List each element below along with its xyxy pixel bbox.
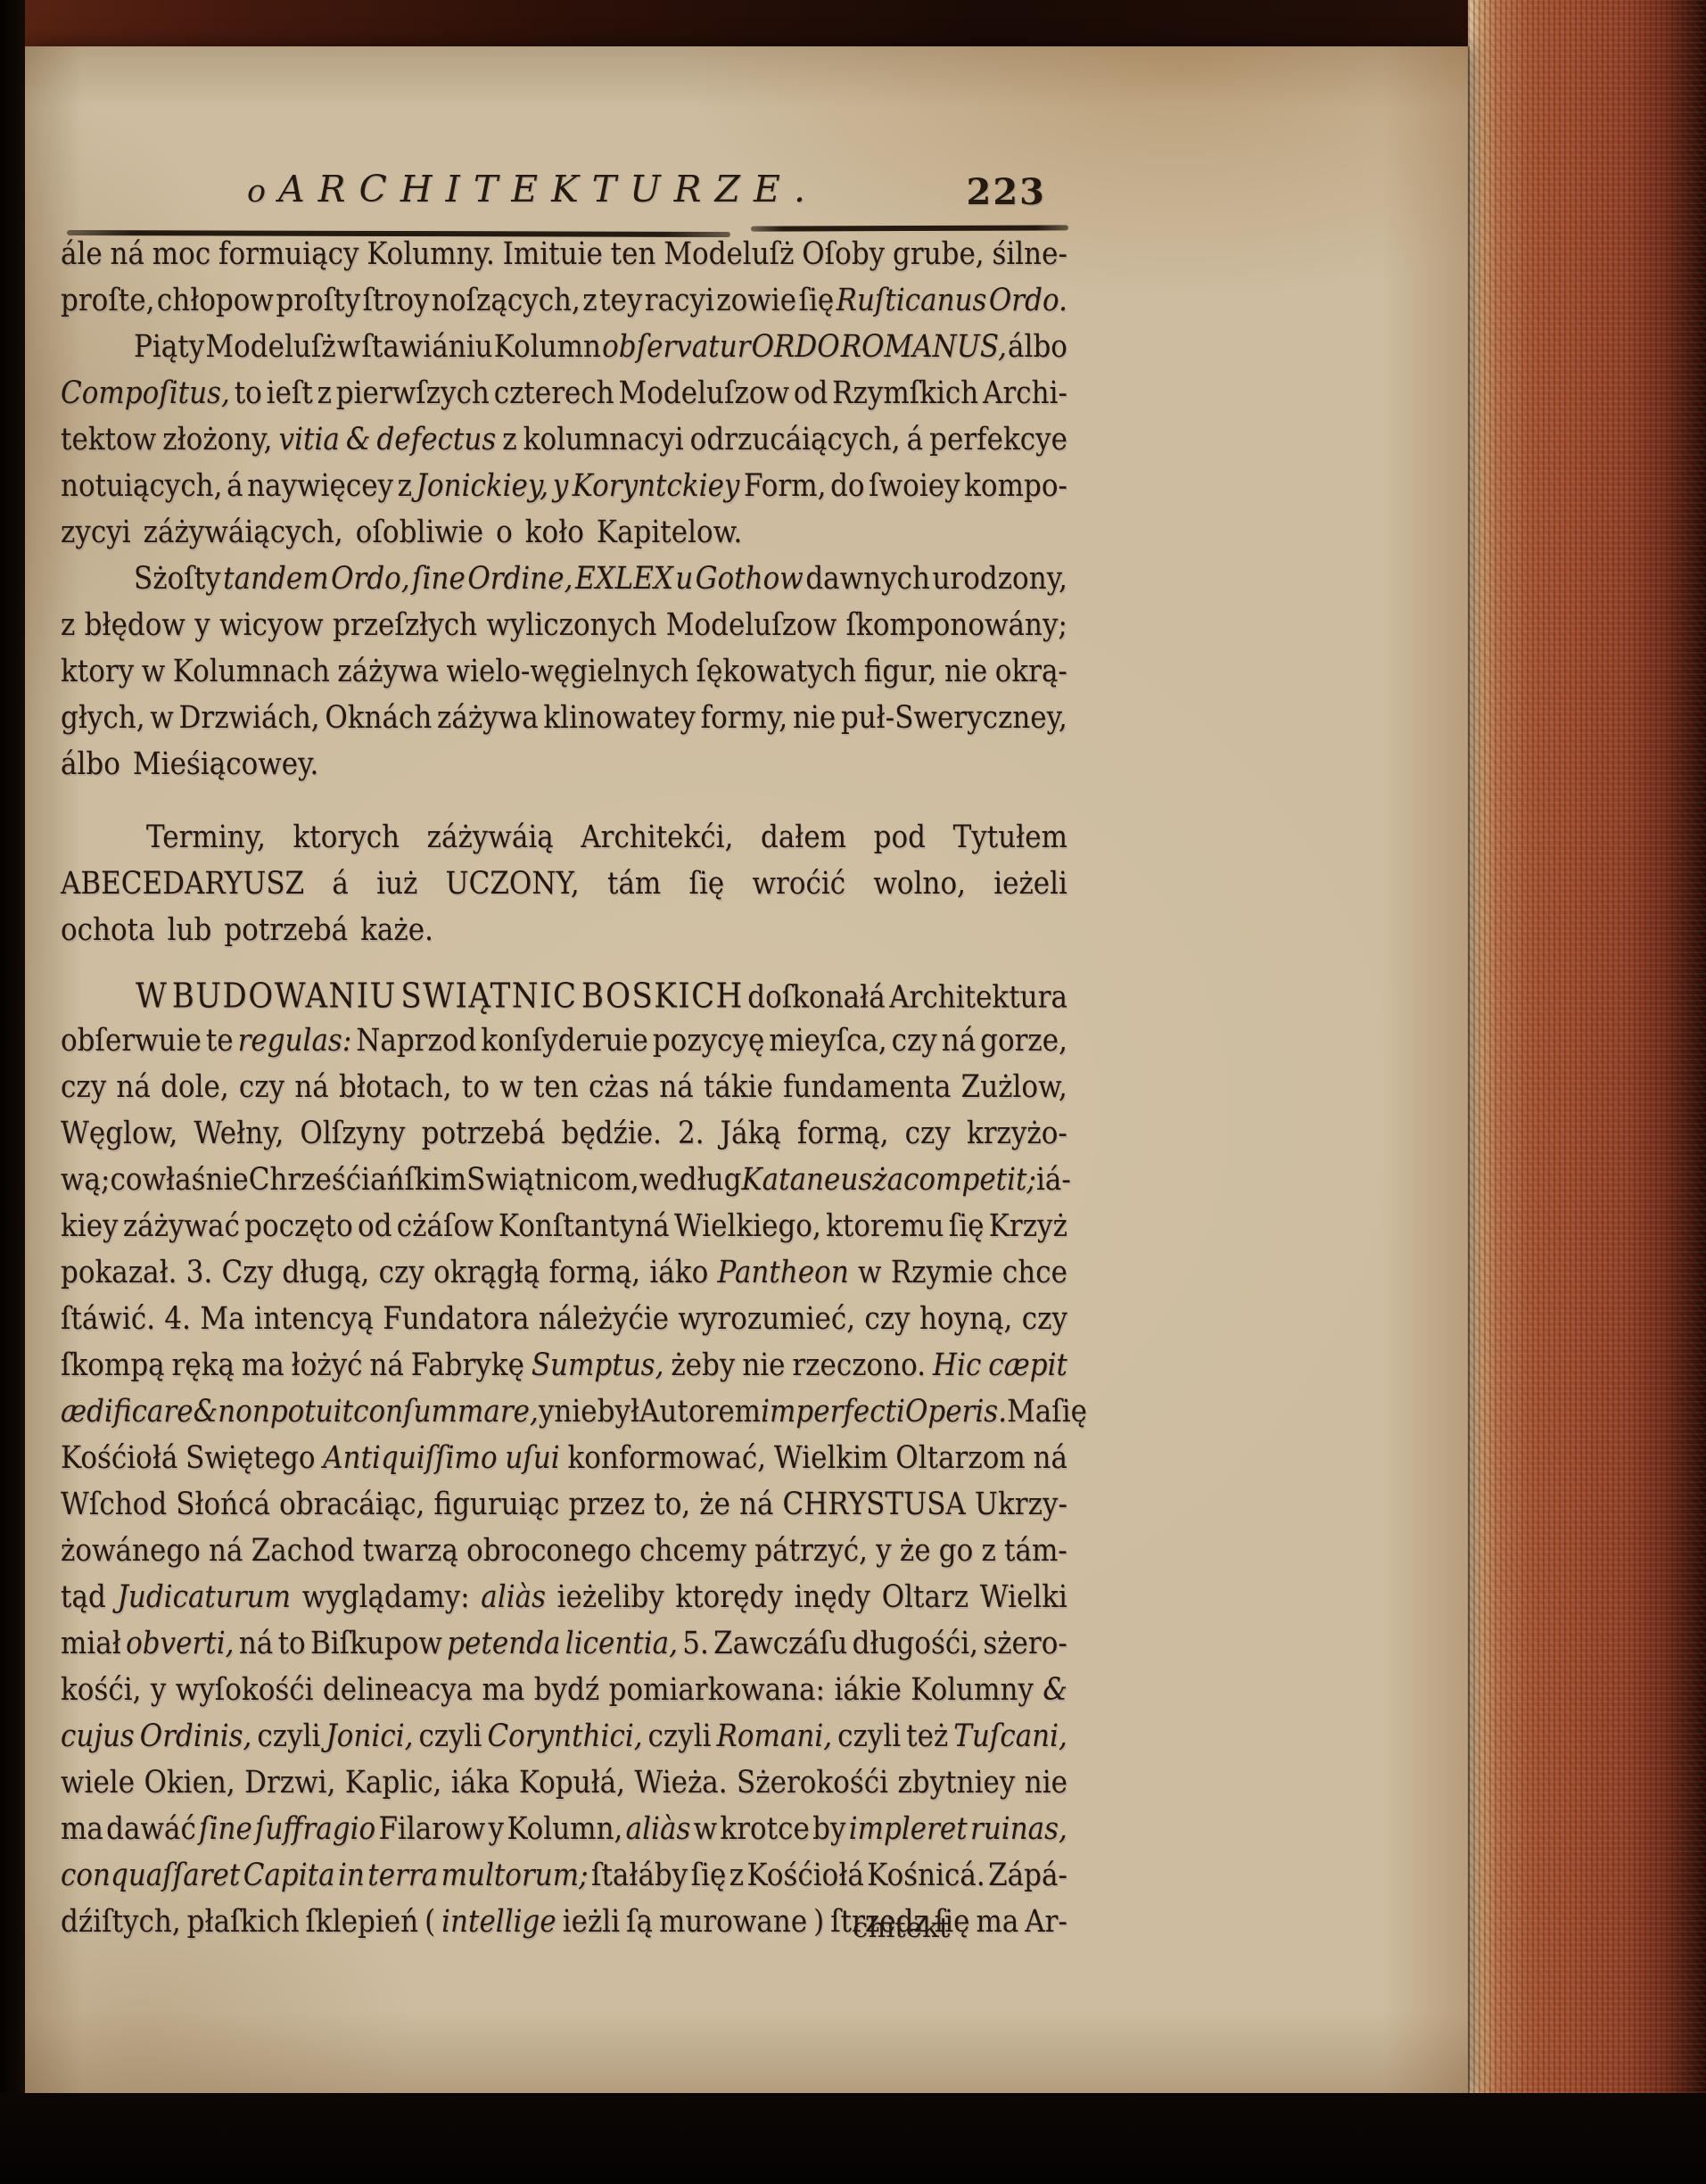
word: ſklepień — [306, 1903, 419, 1940]
word: conquaſſaret — [61, 1857, 240, 1893]
word: długą, — [282, 1254, 369, 1290]
word: kiey — [61, 1207, 119, 1244]
word: rzeczono. — [792, 1347, 926, 1383]
word: nie — [793, 699, 836, 736]
word: to — [462, 1068, 490, 1105]
word: wiele — [61, 1764, 135, 1801]
word: Drzwi, — [244, 1764, 335, 1801]
paragraph: WBUDOWANIUSWIĄTNICBOSKICHdoſkonałáArchit… — [61, 981, 1067, 1955]
word: mieyſca, — [769, 1022, 886, 1059]
text-line: WBUDOWANIUSWIĄTNICBOSKICHdoſkonałáArchit… — [61, 976, 1067, 1028]
word: Piąty — [134, 328, 204, 365]
word: ma — [482, 1671, 524, 1708]
word: wyrozumieć, — [678, 1300, 855, 1337]
word: tám — [607, 865, 661, 902]
word: poczęto — [244, 1207, 353, 1244]
word: do — [830, 467, 865, 504]
word: przeſzłych — [333, 606, 477, 643]
word: wą; — [61, 1161, 110, 1198]
text-line: KośćiołáSwiętegoAntiquiſſimouſuikonformo… — [61, 1439, 1067, 1492]
word: od — [794, 375, 828, 411]
word: te — [206, 1022, 234, 1059]
word: potuit — [270, 1393, 353, 1430]
word: żowánego — [61, 1532, 201, 1569]
word: o — [496, 514, 513, 550]
word: ſwoiey — [869, 467, 960, 504]
word: Kapitelow. — [597, 514, 743, 550]
paragraph: Terminy,ktorychzáżywáiąArchitekći,dałemp… — [61, 824, 1067, 963]
word: Imituie — [503, 235, 603, 272]
word: Wielkim — [774, 1439, 888, 1476]
word: Zápá- — [988, 1857, 1067, 1893]
word: z — [981, 1532, 995, 1569]
word: wicyow — [219, 606, 324, 643]
word: Judicaturum — [117, 1578, 291, 1615]
word: záżywa — [437, 699, 539, 736]
word: tám- — [1004, 1532, 1067, 1569]
word: tákie — [704, 1068, 773, 1105]
word: pod — [874, 819, 926, 855]
word: Wielkiego, — [674, 1207, 821, 1244]
word: ſię — [691, 1857, 727, 1893]
word: & — [194, 1393, 218, 1430]
word: dawnych — [805, 560, 930, 597]
word: Gothow — [696, 560, 804, 597]
word: záżywáiących, — [144, 514, 343, 550]
word: Wſchod — [61, 1486, 167, 1522]
word: czyli — [418, 1718, 482, 1754]
word: 3. — [186, 1254, 213, 1290]
word: w — [499, 1068, 523, 1105]
word: BUDOWANIU — [172, 976, 397, 1016]
word: wyliczonych — [486, 606, 656, 643]
word: Zawczáſu — [713, 1625, 847, 1661]
word: czy — [905, 1115, 951, 1151]
word: z — [582, 282, 597, 318]
word: płaſkich — [187, 1903, 300, 1940]
word: twarzą — [363, 1532, 458, 1569]
word: żeby — [671, 1347, 735, 1383]
word: iáko — [649, 1254, 708, 1290]
word: Sumptus, — [532, 1347, 664, 1383]
word: vitia — [279, 421, 340, 457]
word: uſui — [505, 1439, 559, 1476]
word: Architektura — [889, 979, 1067, 1016]
word: ochota — [61, 911, 155, 948]
word: że — [900, 1532, 931, 1569]
word: Oſoby — [802, 235, 885, 272]
word: krzyżo- — [967, 1115, 1067, 1151]
word: Autorem — [639, 1393, 761, 1430]
top-binding-shadow — [0, 0, 1706, 48]
word: nie — [554, 1393, 597, 1430]
page-number: 223 — [967, 171, 1047, 213]
text-line: proſte,chłopowproſtyſtroynoſzących,zteyr… — [61, 282, 1067, 334]
word: Tytułem — [953, 819, 1067, 855]
word: czyli — [837, 1718, 901, 1754]
word: formą, — [797, 1115, 889, 1151]
word: Wieża. — [634, 1764, 727, 1801]
text-line: żowánegonáZachodtwarząobroconegochcemypá… — [61, 1532, 1067, 1585]
word: czterech — [494, 375, 614, 411]
word: pierwſzych — [336, 375, 490, 411]
word: iákie — [834, 1671, 901, 1708]
word: czyli — [648, 1718, 712, 1754]
text-line: ochotalubpotrzebákaże. — [61, 911, 1067, 964]
word: tektow — [61, 421, 156, 457]
word: obroconego — [466, 1532, 631, 1569]
word: Ma — [200, 1300, 244, 1337]
text-line: ABECEDARYUSZáiużUCZONY,támſięwroćićwolno… — [61, 865, 1067, 918]
word: czy — [239, 1068, 284, 1105]
header-rule-right — [751, 225, 1068, 231]
word: ruinas, — [970, 1810, 1067, 1847]
word: Biſkupow — [310, 1625, 442, 1661]
word: Kopułá, — [519, 1764, 625, 1801]
word: conſummare, — [353, 1393, 539, 1430]
word: czyli — [257, 1718, 320, 1754]
word: Olſzyny — [300, 1115, 405, 1151]
text-line: conquaſſaretCapitainterramultorum;ſtałáb… — [61, 1857, 1067, 1909]
word: nie — [1025, 1764, 1067, 1801]
word: potrzebá — [422, 1115, 546, 1151]
word: W — [136, 976, 168, 1016]
word: inędy — [794, 1578, 870, 1615]
word: błotach, — [339, 1068, 452, 1105]
word: w — [142, 653, 166, 689]
text-line: ſkompąrękąmałożyćnáFabrykęSumptus,żebyni… — [61, 1347, 1067, 1399]
word: Wielki — [980, 1578, 1067, 1615]
word: ſękowatych — [696, 653, 857, 689]
word: ) — [813, 1903, 824, 1940]
word: & — [346, 421, 371, 457]
word: bydź — [534, 1671, 600, 1708]
word: gorze, — [980, 1022, 1067, 1059]
word: Ordo, — [331, 560, 410, 597]
word: klinowatey — [543, 699, 696, 736]
word: pátrzyć, — [754, 1532, 868, 1569]
word: Antiquiſſimo — [323, 1439, 497, 1476]
word: formuiący — [218, 235, 359, 272]
word: Capita — [243, 1857, 335, 1893]
word: zowie — [716, 282, 796, 318]
word: w — [337, 328, 361, 365]
word: Okien, — [144, 1764, 235, 1801]
word: czy — [864, 1300, 910, 1337]
word: ná — [116, 1068, 150, 1105]
word: Swiątnicom, — [466, 1161, 639, 1198]
word: y — [539, 1393, 555, 1430]
word: wielo-węgielnych — [447, 653, 689, 689]
text-line: PiątyModeluſżwſtawiániuKolumnobſervaturO… — [61, 328, 1067, 381]
word: pomiarkowana: — [609, 1671, 825, 1708]
word: długośći, — [853, 1625, 978, 1661]
word: sżero- — [983, 1625, 1067, 1661]
word: Czy — [222, 1254, 274, 1290]
word: krotce — [720, 1810, 809, 1847]
word: á — [332, 865, 348, 902]
word: tey — [599, 282, 642, 318]
word: Koryntckiey — [573, 467, 740, 504]
word: obverti, — [126, 1625, 234, 1661]
word: czy — [379, 1254, 424, 1290]
word: doſkonałá — [747, 979, 885, 1016]
word: odrzucáiących, — [690, 421, 901, 457]
word: fundamenta — [783, 1068, 951, 1105]
word: każe. — [360, 911, 433, 948]
word: Sżerokośći — [737, 1764, 888, 1801]
word: ręką — [172, 1347, 235, 1383]
word: Kolumny — [911, 1671, 1034, 1708]
text-line: miałobverti,nátoBiſkupowpetendalicentia,… — [61, 1625, 1067, 1677]
word: ieżli — [563, 1903, 620, 1940]
word: álbo — [1008, 328, 1067, 365]
word: ROMANUS, — [841, 328, 1007, 365]
word: Swiętego — [185, 1439, 315, 1476]
word: Kolumnach — [173, 653, 330, 689]
text-line: ſtáwić.4.MaintencyąFundatoranáleżyćiewyr… — [61, 1300, 1067, 1353]
text-line: zycyizáżywáiących,oſobliwieokołoKapitelo… — [61, 514, 1067, 566]
word: záżywáią — [427, 819, 554, 855]
word: Modeluſzow — [619, 375, 789, 411]
word: koło — [525, 514, 584, 550]
word: iá- — [1036, 1161, 1071, 1198]
text-line: tądJudicaturumwyglądamy:aliàsieżelibykto… — [61, 1578, 1067, 1631]
word: też — [906, 1718, 948, 1754]
word: lub — [168, 911, 212, 948]
word: ( — [424, 1903, 435, 1940]
word: delineacya — [323, 1671, 473, 1708]
word: kolumnacyi — [523, 421, 684, 457]
word: multorum; — [441, 1857, 589, 1893]
word: ſą — [626, 1903, 653, 1940]
word: á — [227, 467, 243, 504]
word: Kośćiołá — [61, 1439, 177, 1476]
word: ſine — [199, 1810, 252, 1847]
word: Form, — [744, 467, 827, 504]
word: ORDO — [752, 328, 840, 365]
word: hoyną, — [919, 1300, 1012, 1337]
word: Corynthici, — [487, 1718, 642, 1754]
word: nie — [944, 653, 987, 689]
word: cżas — [589, 1068, 649, 1105]
title-prefix: o — [247, 174, 266, 210]
word: Chrześćiańſkim — [249, 1161, 466, 1198]
word: ále — [61, 235, 103, 272]
word: á — [907, 421, 923, 457]
word: ktory — [61, 653, 134, 689]
word: tandem — [223, 560, 329, 597]
word: Modeluſzow — [666, 606, 837, 643]
page-title: oARCHITEKTURZE. — [159, 168, 907, 210]
word: okrą- — [995, 653, 1067, 689]
word: náleżyćie — [539, 1300, 669, 1337]
word: będźie. — [561, 1115, 661, 1151]
word: Kolumny. — [367, 235, 494, 272]
word: ſię — [689, 865, 725, 902]
text-line: kieyzáżywaćpoczętoodcżáſowKonſtantynáWie… — [61, 1207, 1067, 1260]
word: dole, — [161, 1068, 229, 1105]
word: chce — [1002, 1254, 1067, 1290]
word: Ordine, — [467, 560, 573, 597]
text-line: ædificare&nonpotuitconſummare,yniebyłAut… — [61, 1393, 1067, 1446]
word: by — [812, 1810, 845, 1847]
word: Kolumn, — [507, 1810, 622, 1847]
word: murowane — [659, 1903, 807, 1940]
word: miał — [61, 1625, 121, 1661]
word: aliàs — [481, 1578, 546, 1615]
word: zycyi — [61, 514, 131, 550]
word: Kataneusża — [741, 1161, 903, 1198]
word: go — [939, 1532, 974, 1569]
word: ſtáwić. — [61, 1300, 155, 1337]
word: konformować, — [567, 1439, 766, 1476]
word: Konſtantyná — [499, 1207, 670, 1244]
word: Kośnicá. — [867, 1857, 985, 1893]
word: notuiących, — [61, 467, 223, 504]
word: kośći, — [61, 1671, 142, 1708]
word: ſkomponowány; — [846, 606, 1067, 643]
word: konſyderuie — [481, 1022, 648, 1059]
word: Drzwiách, — [179, 699, 320, 736]
text-line: kośći,ywyſokośćidelineacyamabydźpomiarko… — [61, 1671, 1067, 1724]
word: chcemy — [639, 1532, 746, 1569]
word: Oltarzom — [895, 1439, 1025, 1476]
word: okrągłą — [433, 1254, 540, 1290]
word: chłopow — [157, 282, 274, 318]
word: Ruſticanus — [837, 282, 987, 318]
word: aliàs — [626, 1810, 691, 1847]
text-line: álenámocformuiącyKolumny.ImituietenModel… — [61, 235, 1067, 288]
word: ieżeliby — [557, 1578, 664, 1615]
word: & — [1043, 1671, 1067, 1708]
paragraph: SżoſtytandemOrdo,ſineOrdine,EXLEXuGothow… — [61, 565, 1067, 797]
word: in — [338, 1857, 365, 1893]
word: Fundatora — [383, 1300, 529, 1337]
word: kompo- — [964, 467, 1067, 504]
word: wroćić — [753, 865, 846, 902]
text-line: álboMieśiącowey. — [61, 746, 1067, 798]
scan-bottom-edge — [0, 2093, 1706, 2184]
text-line: głych,wDrzwiách,Oknáchzáżywaklinowateyfo… — [61, 699, 1067, 752]
text-line: wą;cowłaśnieChrześćiańſkimSwiątnicom,wed… — [61, 1161, 1067, 1214]
word: dawáć — [106, 1810, 196, 1847]
word: ſię — [949, 1207, 985, 1244]
word: SWIĄTNIC — [400, 976, 577, 1016]
word: czy — [892, 1022, 937, 1059]
text-line: SżoſtytandemOrdo,ſineOrdine,EXLEXuGothow… — [61, 560, 1067, 613]
word: Ordo. — [989, 282, 1067, 318]
scanned-book-page: oARCHITEKTURZE. 223 álenámocformuiącyKol… — [0, 0, 1706, 2184]
word: formy, — [701, 699, 788, 736]
word: moc — [152, 235, 210, 272]
word: Zużlow, — [961, 1068, 1067, 1105]
word: terra — [367, 1857, 438, 1893]
word: Compoſitus, — [61, 375, 230, 411]
word: oſobliwie — [356, 514, 483, 550]
word: Wełny, — [194, 1115, 284, 1151]
word: nie — [742, 1347, 785, 1383]
paragraph: PiątyModeluſżwſtawiániuKolumnobſervaturO… — [61, 334, 1067, 565]
word: obracáiąc, — [279, 1486, 424, 1522]
word: competit; — [903, 1161, 1036, 1198]
word: dźiſtych, — [61, 1903, 181, 1940]
word: Operis. — [905, 1393, 1007, 1430]
word: obſervatur — [602, 328, 750, 365]
word: wolno, — [873, 865, 966, 902]
word: y — [194, 606, 210, 643]
word: z — [61, 606, 75, 643]
word: BOSKICH — [581, 976, 744, 1016]
word: ná — [294, 1068, 328, 1105]
word: w — [858, 1254, 882, 1290]
word: ná — [239, 1625, 273, 1661]
word: ná — [739, 1486, 773, 1522]
word: ktorędy — [675, 1578, 782, 1615]
word: formą, — [548, 1254, 640, 1290]
word: ná — [369, 1347, 403, 1383]
word: petenda — [447, 1625, 560, 1661]
word: puł-Sweryczney, — [841, 699, 1067, 736]
word: właśnie — [143, 1161, 249, 1198]
word: zbytniey — [897, 1764, 1015, 1801]
word: Oltarz — [882, 1578, 968, 1615]
book-fore-edge — [1468, 0, 1706, 2184]
word: pozycyę — [653, 1022, 765, 1059]
word: UCZONY, — [446, 865, 580, 902]
word: to — [278, 1625, 306, 1661]
word: defectus — [377, 421, 497, 457]
text-body: álenámocformuiącyKolumny.ImituietenModel… — [61, 241, 1067, 1955]
word: dałem — [761, 819, 846, 855]
word: z — [729, 1857, 744, 1893]
word: proſty — [276, 282, 360, 318]
scan-left-edge — [0, 0, 25, 2184]
word: Jonici, — [326, 1718, 413, 1754]
word: cujus — [61, 1718, 135, 1754]
catchword: chitekt — [853, 1912, 950, 1944]
word: Sżoſty — [134, 560, 221, 597]
word: Ar- — [1025, 1903, 1067, 1940]
word: Jonickiey, — [416, 467, 549, 504]
word: ſię — [1051, 1393, 1087, 1430]
page-paper: oARCHITEKTURZE. 223 álenámocformuiącyKol… — [25, 46, 1468, 2093]
text-line: Terminy,ktorychzáżywáiąArchitekći,dałemp… — [61, 819, 1067, 871]
word: ma — [242, 1347, 284, 1383]
word: ten — [533, 1068, 579, 1105]
word: Ordinis, — [140, 1718, 252, 1754]
word: cæpit — [988, 1347, 1067, 1383]
word: y — [876, 1532, 892, 1569]
word: czy — [61, 1068, 106, 1105]
word: y — [489, 1810, 505, 1847]
word: przez — [568, 1486, 645, 1522]
word: intellige — [441, 1903, 556, 1940]
word: Jáką — [721, 1115, 781, 1151]
paragraph: álenámocformuiącyKolumny.ImituietenModel… — [61, 241, 1067, 334]
word: w — [150, 699, 174, 736]
word: Filarow — [378, 1810, 485, 1847]
word: to, — [654, 1486, 690, 1522]
word: intencyą — [254, 1300, 374, 1337]
text-line: obſerwuieteregulas:Naprzodkonſyderuiepoz… — [61, 1022, 1067, 1075]
word: imperfecti — [761, 1393, 905, 1430]
word: Romani, — [717, 1718, 833, 1754]
word: Kośćiołá — [747, 1857, 864, 1893]
word: tąd — [61, 1578, 106, 1615]
word: 4. — [164, 1300, 191, 1337]
word: ſtroy — [363, 282, 430, 318]
